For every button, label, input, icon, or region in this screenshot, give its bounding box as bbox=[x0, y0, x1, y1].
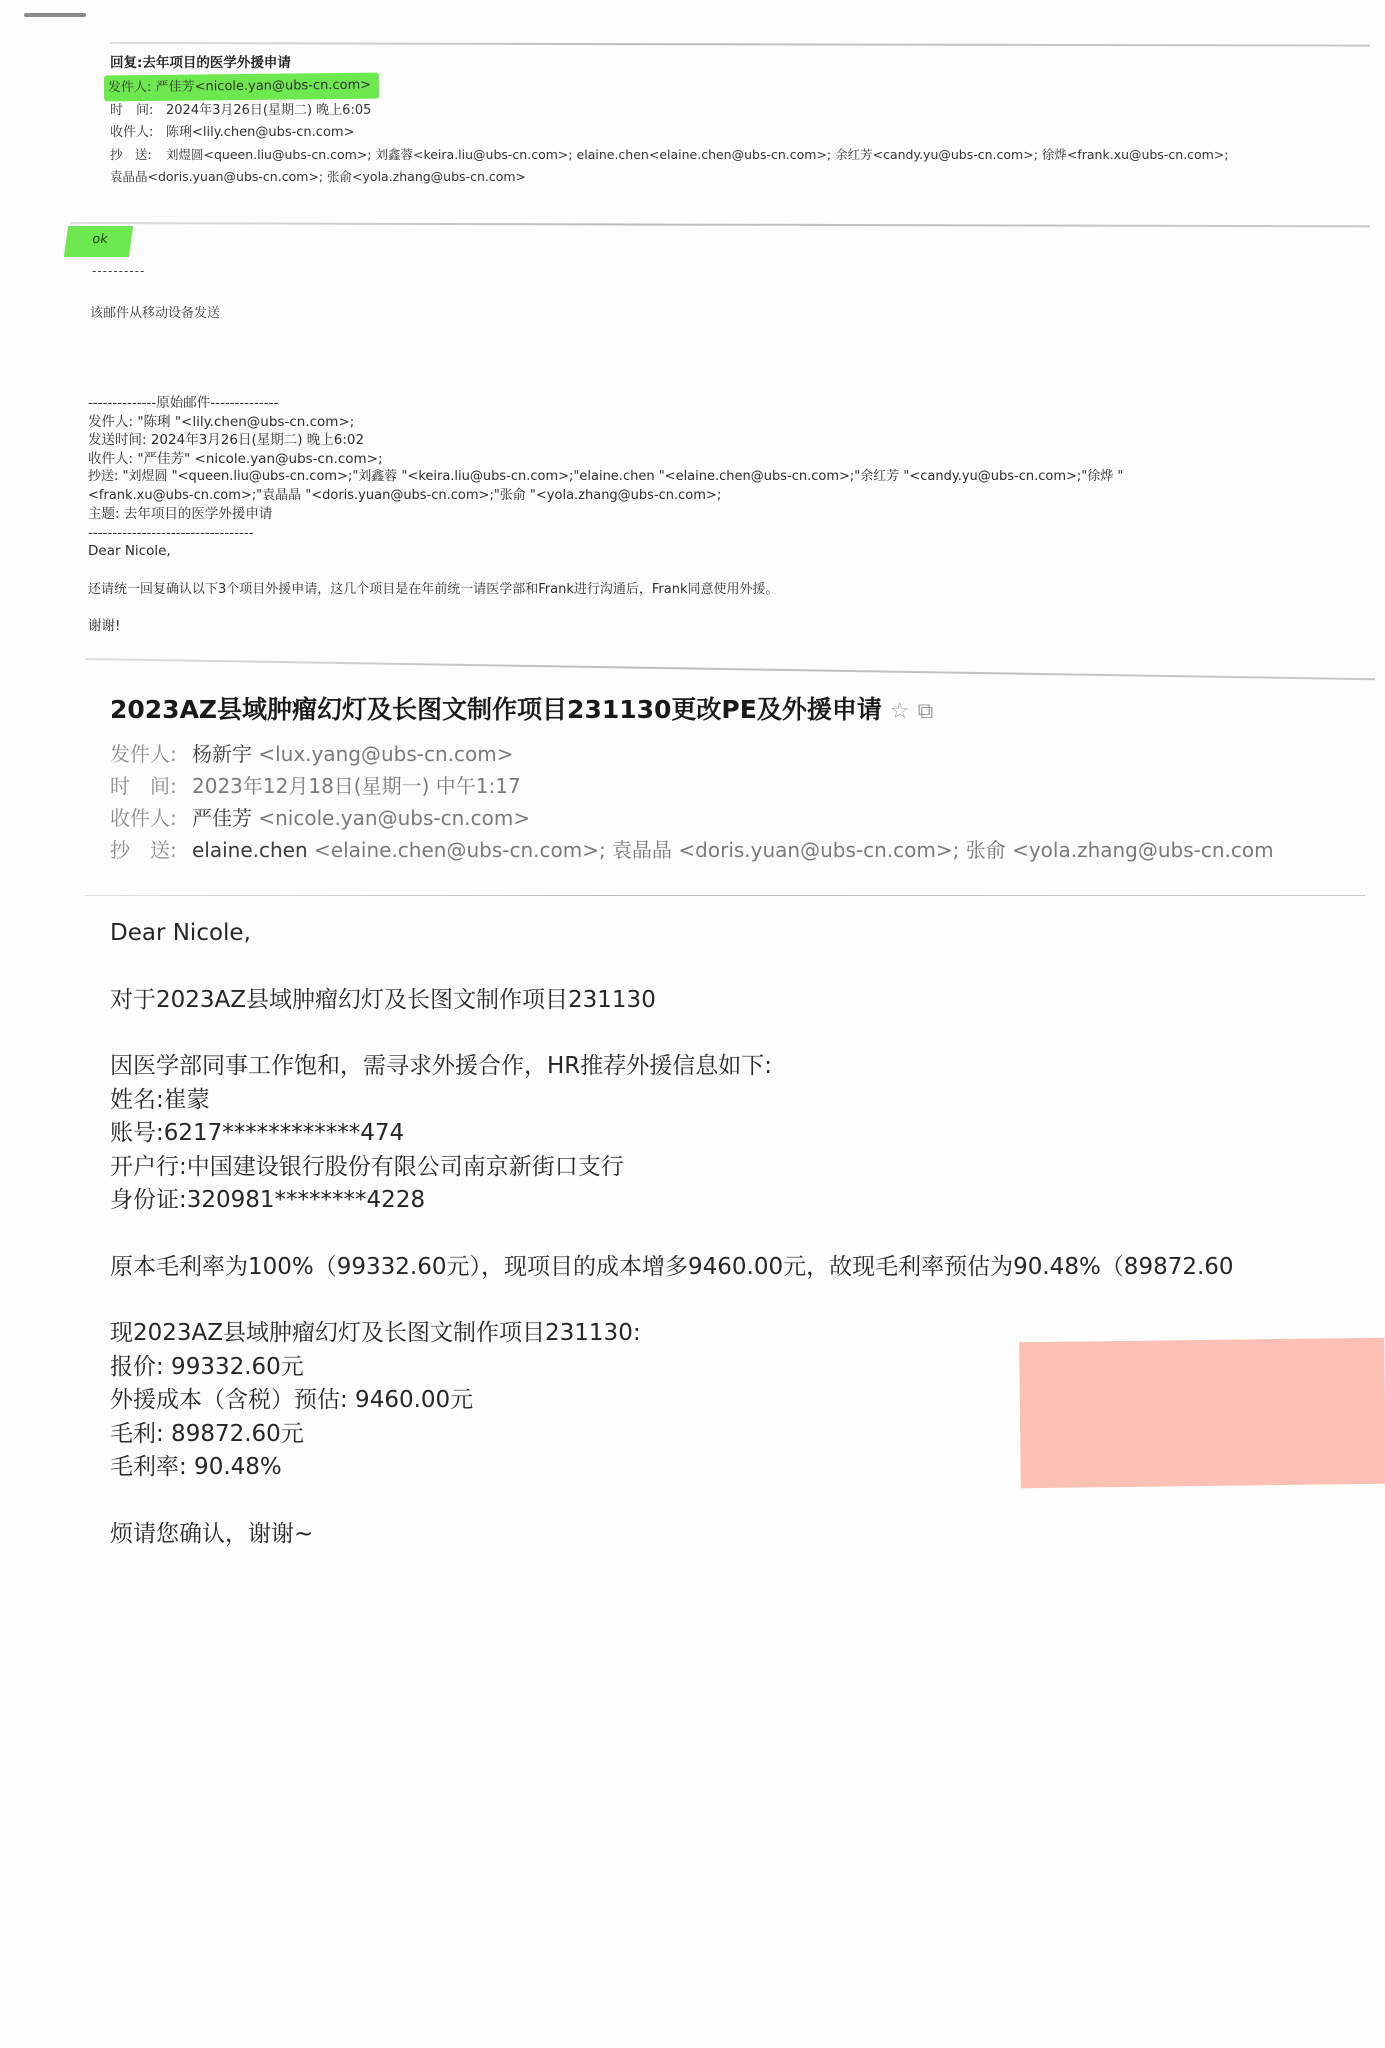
field-label: 发件人: bbox=[110, 738, 192, 770]
original-line: 收件人: "严佳芳" <nicole.yan@ubs-cn.com>; bbox=[88, 450, 1123, 469]
sender-value[interactable]: 严佳芳<nicole.yan@ubs-cn.com> bbox=[155, 78, 371, 95]
recipient-email[interactable]: <nicole.yan@ubs-cn.com> bbox=[258, 806, 530, 830]
reply-sender-row: 发件人: 严佳芳<nicole.yan@ubs-cn.com> bbox=[110, 74, 1229, 100]
email-meta: 发件人:杨新宇 <lux.yang@ubs-cn.com> 时 间:2023年1… bbox=[110, 738, 1274, 866]
sender-name[interactable]: 杨新宇 bbox=[192, 742, 252, 766]
cc-row: 抄 送:elaine.chen <elaine.chen@ubs-cn.com>… bbox=[110, 834, 1274, 866]
redaction-sticky-note bbox=[1019, 1338, 1385, 1488]
original-line: <frank.xu@ubs-cn.com>;"袁晶晶 "<doris.yuan@… bbox=[88, 487, 1123, 506]
original-greeting: Dear Nicole, bbox=[88, 542, 1123, 561]
reply-email-header: 回复:去年项目的医学外援申请 发件人: 严佳芳<nicole.yan@ubs-c… bbox=[110, 52, 1229, 188]
divider bbox=[110, 42, 1370, 47]
separator: ---------- bbox=[92, 264, 145, 278]
sender-highlight: 发件人: 严佳芳<nicole.yan@ubs-cn.com> bbox=[104, 73, 379, 102]
email-title: 2023AZ县域肿瘤幻灯及长图文制作项目231130更改PE及外援申请☆⧉ bbox=[110, 690, 1274, 726]
recipient-value[interactable]: 陈琍<lily.chen@ubs-cn.com> bbox=[166, 125, 354, 140]
reply-body-highlight: ok bbox=[64, 226, 134, 257]
forwarded-email: 2023AZ县域肿瘤幻灯及长图文制作项目231130更改PE及外援申请☆⧉ 发件… bbox=[110, 690, 1274, 866]
original-email: --------------原始邮件-------------- 发件人: "陈… bbox=[88, 394, 1123, 636]
recipient-name[interactable]: 严佳芳 bbox=[192, 806, 252, 830]
original-closing: 谢谢! bbox=[88, 617, 1123, 636]
body-greeting: Dear Nicole, bbox=[110, 917, 1234, 951]
field-label: 发件人: bbox=[108, 80, 152, 95]
reply-time-row: 时 间:2024年3月26日(星期二) 晚上6:05 bbox=[110, 100, 1229, 122]
time-value: 2024年3月26日(星期二) 晚上6:05 bbox=[166, 103, 371, 118]
email-subject: 2023AZ县域肿瘤幻灯及长图文制作项目231130更改PE及外援申请 bbox=[110, 695, 882, 724]
time-row: 时 间:2023年12月18日(星期一) 中午1:17 bbox=[110, 770, 1274, 802]
star-icon[interactable]: ☆ bbox=[890, 699, 910, 724]
field-label: 时 间: bbox=[110, 770, 192, 802]
reply-subject: 回复:去年项目的医学外援申请 bbox=[110, 52, 1229, 74]
reply-body: ok bbox=[91, 232, 109, 247]
field-label: 时 间: bbox=[110, 100, 166, 122]
cc-name[interactable]: elaine.chen bbox=[192, 838, 308, 862]
body-margin-note: 原本毛利率为100%（99332.60元），现项目的成本增多9460.00元，故… bbox=[110, 1251, 1234, 1285]
divider bbox=[85, 658, 1375, 680]
body-reason: 因医学部同事工作饱和，需寻求外援合作，HR推荐外援信息如下: bbox=[110, 1050, 1234, 1084]
reply-cc-row: 抄 送:刘煜圆<queen.liu@ubs-cn.com>; 刘鑫蓉<keira… bbox=[110, 144, 1229, 166]
field-label: 抄 送: bbox=[110, 834, 192, 866]
reply-to-row: 收件人:陈琍<lily.chen@ubs-cn.com> bbox=[110, 122, 1229, 144]
original-email-header: --------------原始邮件-------------- bbox=[88, 394, 1123, 413]
original-line: 发件人: "陈琍 "<lily.chen@ubs-cn.com>; bbox=[88, 413, 1123, 432]
original-body: 还请统一回复确认以下3个项目外援申请，这几个项目是在年前统一请医学部和Frank… bbox=[88, 581, 1123, 600]
original-line: 发送时间: 2024年3月26日(星期二) 晚上6:02 bbox=[88, 431, 1123, 450]
sender-email[interactable]: <lux.yang@ubs-cn.com> bbox=[258, 742, 513, 766]
body-project-line: 对于2023AZ县域肿瘤幻灯及长图文制作项目231130 bbox=[110, 984, 1234, 1018]
info-name: 姓名:崔蒙 bbox=[110, 1084, 1234, 1118]
sender-row: 发件人:杨新宇 <lux.yang@ubs-cn.com> bbox=[110, 738, 1274, 770]
body-closing: 烦请您确认，谢谢~ bbox=[110, 1518, 1234, 1552]
original-line: 抄送: "刘煜圆 "<queen.liu@ubs-cn.com>;"刘鑫蓉 "<… bbox=[88, 468, 1123, 487]
field-label: 收件人: bbox=[110, 802, 192, 834]
mobile-signature: 该邮件从移动设备发送 bbox=[90, 302, 220, 321]
divider bbox=[70, 222, 1370, 227]
cc-value[interactable]: 袁晶晶<doris.yuan@ubs-cn.com>; 张俞<yola.zhan… bbox=[110, 169, 526, 184]
info-id: 身份证:320981********4228 bbox=[110, 1184, 1234, 1218]
time-value: 2023年12月18日(星期一) 中午1:17 bbox=[192, 774, 521, 798]
original-line: 主题: 去年项目的医学外援申请 bbox=[88, 505, 1123, 524]
popout-window-icon[interactable]: ⧉ bbox=[918, 699, 934, 724]
info-account: 账号:6217************474 bbox=[110, 1117, 1234, 1151]
cc-emails[interactable]: <elaine.chen@ubs-cn.com>; 袁晶晶 <doris.yua… bbox=[314, 838, 1274, 862]
page-corner-mark bbox=[24, 13, 86, 17]
field-label: 抄 送: bbox=[110, 144, 166, 166]
original-footer-line: ---------------------------------- bbox=[88, 524, 1123, 543]
info-bank: 开户行:中国建设银行股份有限公司南京新街口支行 bbox=[110, 1151, 1234, 1185]
recipient-row: 收件人:严佳芳 <nicole.yan@ubs-cn.com> bbox=[110, 802, 1274, 834]
cc-value[interactable]: 刘煜圆<queen.liu@ubs-cn.com>; 刘鑫蓉<keira.liu… bbox=[166, 147, 1229, 162]
reply-cc-row-continued: 袁晶晶<doris.yuan@ubs-cn.com>; 张俞<yola.zhan… bbox=[110, 166, 1229, 188]
field-label: 收件人: bbox=[110, 122, 166, 144]
divider bbox=[85, 895, 1365, 896]
